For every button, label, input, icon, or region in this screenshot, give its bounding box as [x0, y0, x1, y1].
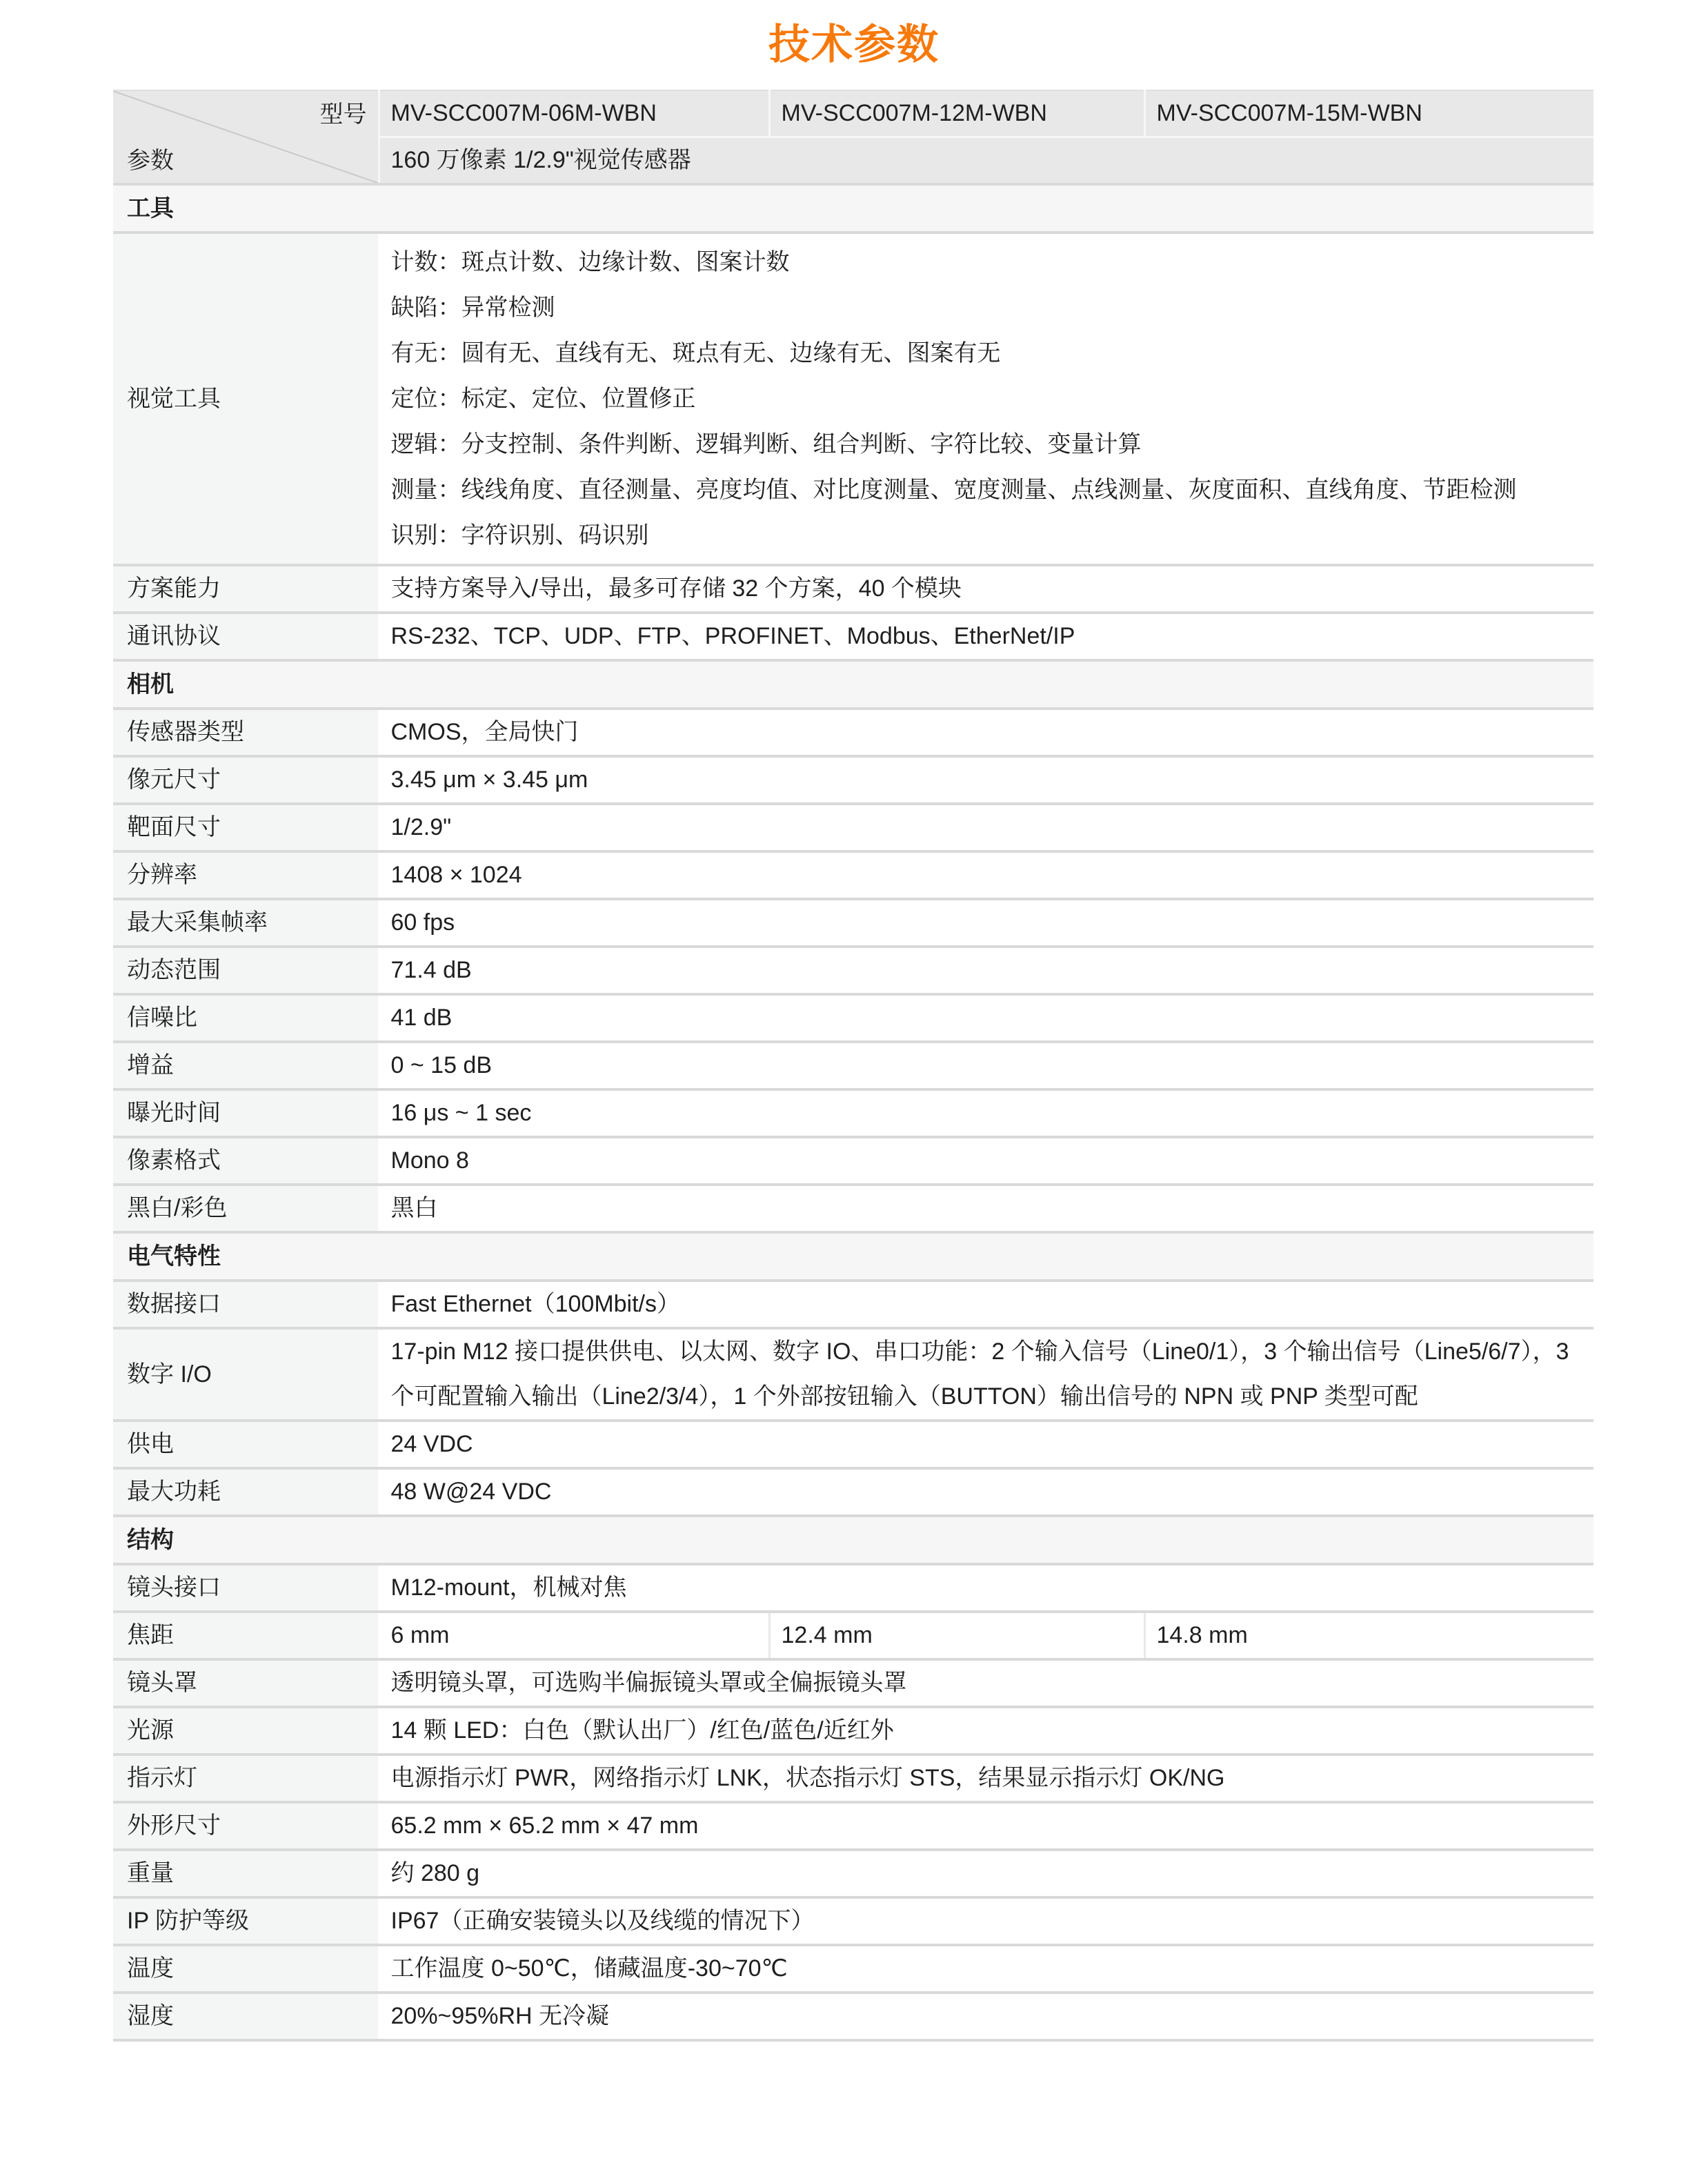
table-row: 供电24 VDC — [113, 1421, 1593, 1468]
table-row: 黑白/彩色黑白 — [113, 1185, 1593, 1232]
row-label: IP 防护等级 — [113, 1897, 379, 1945]
table-row: 数字 I/O17-pin M12 接口提供供电、以太网、数字 IO、串口功能：2… — [113, 1328, 1593, 1421]
table-row: 数据接口Fast Ethernet（100Mbit/s） — [113, 1281, 1593, 1328]
row-label: 镜头罩 — [113, 1659, 379, 1707]
value-line: 测量：线线角度、直径测量、亮度均值、对比度测量、宽度测量、点线测量、灰度面积、直… — [391, 467, 1583, 513]
model-header-2: MV-SCC007M-12M-WBN — [769, 90, 1144, 137]
row-label: 指示灯 — [113, 1755, 379, 1802]
row-value: 17-pin M12 接口提供供电、以太网、数字 IO、串口功能：2 个输入信号… — [379, 1328, 1593, 1421]
row-label: 外形尺寸 — [113, 1802, 379, 1850]
row-label: 像素格式 — [113, 1137, 379, 1185]
section-header-2: 相机 — [113, 660, 1593, 709]
row-label: 光源 — [113, 1707, 379, 1755]
table-row: 光源14 颗 LED：白色（默认出厂）/红色/蓝色/近红外 — [113, 1707, 1593, 1755]
row-label: 通讯协议 — [113, 613, 379, 660]
table-row: 湿度20%~95%RH 无冷凝 — [113, 1993, 1593, 2040]
spec-sheet-page: 技术参数 型号 参数 MV-SCC007M-06M-WBN MV-SCC007M… — [0, 18, 1708, 2042]
table-row: 外形尺寸65.2 mm × 65.2 mm × 47 mm — [113, 1802, 1593, 1850]
table-row: 指示灯电源指示灯 PWR，网络指示灯 LNK，状态指示灯 STS，结果显示指示灯… — [113, 1755, 1593, 1802]
row-label: 传感器类型 — [113, 709, 379, 756]
row-label: 视觉工具 — [113, 233, 379, 565]
table-row: 镜头接口M12-mount，机械对焦 — [113, 1564, 1593, 1612]
row-value-col2: 12.4 mm — [769, 1612, 1144, 1659]
row-value: 24 VDC — [379, 1421, 1593, 1468]
row-label: 像元尺寸 — [113, 756, 379, 804]
row-label: 黑白/彩色 — [113, 1185, 379, 1232]
table-row: IP 防护等级IP67（正确安装镜头以及线缆的情况下） — [113, 1897, 1593, 1945]
model-header-1: MV-SCC007M-06M-WBN — [379, 90, 769, 137]
section-row: 工具 — [113, 184, 1593, 233]
value-line: 逻辑：分支控制、条件判断、逻辑判断、组合判断、字符比较、变量计算 — [391, 422, 1583, 467]
table-row: 传感器类型CMOS，全局快门 — [113, 709, 1593, 756]
row-label: 曝光时间 — [113, 1089, 379, 1137]
table-row: 镜头罩透明镜头罩，可选购半偏振镜头罩或全偏振镜头罩 — [113, 1659, 1593, 1707]
row-label: 数据接口 — [113, 1281, 379, 1328]
section-row: 电气特性 — [113, 1232, 1593, 1281]
corner-param-label: 参数 — [127, 144, 174, 177]
row-value: 计数：斑点计数、边缘计数、图案计数缺陷：异常检测有无：圆有无、直线有无、斑点有无… — [379, 233, 1593, 565]
row-label: 方案能力 — [113, 565, 379, 613]
row-value: 电源指示灯 PWR，网络指示灯 LNK，状态指示灯 STS，结果显示指示灯 OK… — [379, 1755, 1593, 1802]
row-label: 靶面尺寸 — [113, 804, 379, 851]
value-line: 计数：斑点计数、边缘计数、图案计数 — [391, 239, 1583, 285]
section-header-4: 结构 — [113, 1516, 1593, 1564]
row-value-col1: 6 mm — [379, 1612, 769, 1659]
section-row: 相机 — [113, 660, 1593, 709]
row-value: 71.4 dB — [379, 947, 1593, 994]
value-line: 识别：字符识别、码识别 — [391, 513, 1583, 558]
section-header-3: 电气特性 — [113, 1232, 1593, 1281]
page-title: 技术参数 — [0, 18, 1708, 72]
row-label: 动态范围 — [113, 947, 379, 994]
table-row: 动态范围71.4 dB — [113, 947, 1593, 994]
header-row-models: 型号 参数 MV-SCC007M-06M-WBN MV-SCC007M-12M-… — [113, 90, 1593, 137]
row-value-col3: 14.8 mm — [1144, 1612, 1593, 1659]
row-label: 数字 I/O — [113, 1328, 379, 1421]
row-value: 16 μs ~ 1 sec — [379, 1089, 1593, 1137]
section-row: 结构 — [113, 1516, 1593, 1564]
row-value: 黑白 — [379, 1185, 1593, 1232]
table-row: 像素格式Mono 8 — [113, 1137, 1593, 1185]
row-label: 焦距 — [113, 1612, 379, 1659]
row-value: 60 fps — [379, 899, 1593, 947]
value-line: 有无：圆有无、直线有无、斑点有无、边缘有无、图案有无 — [391, 330, 1583, 376]
row-value: 41 dB — [379, 994, 1593, 1042]
table-row: 焦距6 mm12.4 mm14.8 mm — [113, 1612, 1593, 1659]
row-value: 透明镜头罩，可选购半偏振镜头罩或全偏振镜头罩 — [379, 1659, 1593, 1707]
row-label: 温度 — [113, 1945, 379, 1993]
row-value: 20%~95%RH 无冷凝 — [379, 1993, 1593, 2040]
row-value: 1408 × 1024 — [379, 851, 1593, 899]
table-row: 像元尺寸3.45 μm × 3.45 μm — [113, 756, 1593, 804]
row-label: 镜头接口 — [113, 1564, 379, 1612]
row-value: 3.45 μm × 3.45 μm — [379, 756, 1593, 804]
spec-table: 型号 参数 MV-SCC007M-06M-WBN MV-SCC007M-12M-… — [113, 90, 1593, 2042]
table-row: 增益0 ~ 15 dB — [113, 1042, 1593, 1089]
row-value: 14 颗 LED：白色（默认出厂）/红色/蓝色/近红外 — [379, 1707, 1593, 1755]
table-row: 视觉工具计数：斑点计数、边缘计数、图案计数缺陷：异常检测有无：圆有无、直线有无、… — [113, 233, 1593, 565]
row-label: 最大功耗 — [113, 1468, 379, 1516]
row-label: 分辨率 — [113, 851, 379, 899]
row-value: 支持方案导入/导出，最多可存储 32 个方案，40 个模块 — [379, 565, 1593, 613]
table-row: 曝光时间16 μs ~ 1 sec — [113, 1089, 1593, 1137]
corner-model-label: 型号 — [320, 98, 367, 131]
table-row: 通讯协议RS-232、TCP、UDP、FTP、PROFINET、Modbus、E… — [113, 613, 1593, 660]
table-row: 分辨率1408 × 1024 — [113, 851, 1593, 899]
row-value: IP67（正确安装镜头以及线缆的情况下） — [379, 1897, 1593, 1945]
row-value: Mono 8 — [379, 1137, 1593, 1185]
table-row: 重量约 280 g — [113, 1850, 1593, 1897]
corner-cell: 型号 参数 — [113, 90, 379, 184]
model-header-3: MV-SCC007M-15M-WBN — [1144, 90, 1593, 137]
row-label: 增益 — [113, 1042, 379, 1089]
row-label: 供电 — [113, 1421, 379, 1468]
table-row: 最大功耗48 W@24 VDC — [113, 1468, 1593, 1516]
row-label: 重量 — [113, 1850, 379, 1897]
section-header-1: 工具 — [113, 184, 1593, 233]
subheader-cell: 160 万像素 1/2.9"视觉传感器 — [379, 137, 1593, 185]
table-row: 靶面尺寸1/2.9" — [113, 804, 1593, 851]
row-value: 1/2.9" — [379, 804, 1593, 851]
value-line: 缺陷：异常检测 — [391, 285, 1583, 330]
row-value: M12-mount，机械对焦 — [379, 1564, 1593, 1612]
row-value: 48 W@24 VDC — [379, 1468, 1593, 1516]
row-label: 信噪比 — [113, 994, 379, 1042]
table-row: 最大采集帧率60 fps — [113, 899, 1593, 947]
row-label: 湿度 — [113, 1993, 379, 2040]
row-value: Fast Ethernet（100Mbit/s） — [379, 1281, 1593, 1328]
row-value: 65.2 mm × 65.2 mm × 47 mm — [379, 1802, 1593, 1850]
row-value: 0 ~ 15 dB — [379, 1042, 1593, 1089]
table-row: 信噪比41 dB — [113, 994, 1593, 1042]
row-value: 工作温度 0~50℃，储藏温度-30~70℃ — [379, 1945, 1593, 1993]
row-value: RS-232、TCP、UDP、FTP、PROFINET、Modbus、Ether… — [379, 613, 1593, 660]
row-label: 最大采集帧率 — [113, 899, 379, 947]
table-row: 温度工作温度 0~50℃，储藏温度-30~70℃ — [113, 1945, 1593, 1993]
table-row: 方案能力支持方案导入/导出，最多可存储 32 个方案，40 个模块 — [113, 565, 1593, 613]
value-line: 定位：标定、定位、位置修正 — [391, 376, 1583, 422]
row-value: CMOS，全局快门 — [379, 709, 1593, 756]
row-value: 约 280 g — [379, 1850, 1593, 1897]
